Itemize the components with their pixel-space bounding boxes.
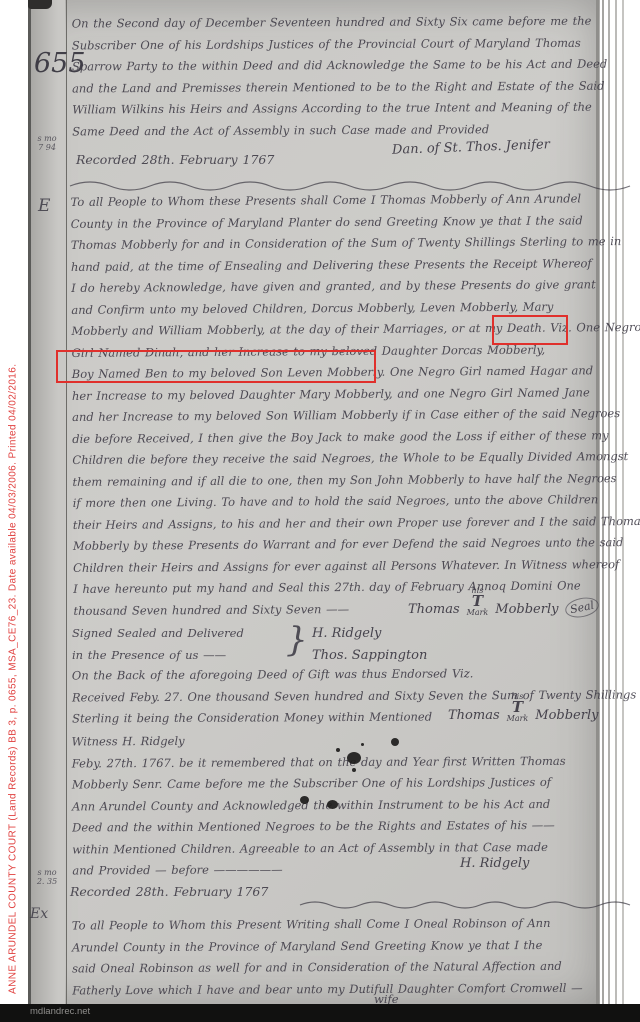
signature-first-name: Thomas <box>448 709 500 723</box>
document-scan-viewport: ANNE ARUNDEL COUNTY COURT (Land Records)… <box>0 0 640 1022</box>
handwritten-line: Deed and the within Mentioned Negroes to… <box>72 815 628 839</box>
margin-rule-line <box>66 0 67 1006</box>
flourish-divider <box>300 898 630 910</box>
ink-blot <box>352 768 356 772</box>
scan-bottom-band <box>0 1004 640 1022</box>
margin-mark: Ex <box>30 906 48 922</box>
entry2-text: To all People to Whom this Present Writi… <box>72 913 628 1002</box>
grantor-signature-block: Thomas his T Mark Mobberly Seal <box>408 586 600 617</box>
ink-blot <box>336 748 340 752</box>
entry1-text: On the Second day of December Seventeen … <box>72 11 629 143</box>
handwritten-line: To all People to Whom this Present Writi… <box>72 913 628 937</box>
ink-blot <box>391 738 399 746</box>
attestation-brace: } <box>286 620 308 660</box>
endorsement-signature-block: Thomas his T Mark Mobberly <box>448 692 598 723</box>
margin-note-value: 2. 35 <box>32 877 62 886</box>
highlight-box-boy-named-ben <box>56 350 376 383</box>
signature-mark-column: his T Mark <box>507 692 529 723</box>
mark-label: Mark <box>467 608 489 617</box>
signature-first-name: Thomas <box>408 603 460 617</box>
handwritten-line: Ann Arundel County and Acknowledged the … <box>72 793 628 817</box>
handwritten-line: On the Back of the aforegoing Deed of Gi… <box>72 663 628 687</box>
mark-label: Mark <box>507 714 529 723</box>
margin-note-value: 7 94 <box>32 143 62 152</box>
seal-scrawl: Seal <box>564 595 601 621</box>
ink-blot <box>361 743 364 746</box>
handwritten-line: Fatherly Love which I have and bear unto… <box>72 977 628 1001</box>
handwritten-line: William Wilkins his Heirs and Assigns Ac… <box>72 97 628 121</box>
ink-blot <box>347 752 361 764</box>
signature-mark-column: his T Mark <box>467 586 489 617</box>
signature-last-name: Mobberly <box>535 709 598 723</box>
deed-text: To all People to Whom these Presents sha… <box>71 188 630 622</box>
handwritten-line: said Oneal Robinson as well for and in C… <box>72 956 628 980</box>
handwritten-line: within Mentioned Children. Agreeable to … <box>72 836 628 860</box>
margin-mark: E <box>38 196 50 216</box>
ink-blot <box>300 796 309 804</box>
mark-glyph: T <box>512 701 523 714</box>
endorsement-recorded: Recorded 28th. February 1767 <box>70 884 268 899</box>
scan-corner-artifact <box>28 0 52 9</box>
endorsement-text-b: Witness H. RidgelyFeby. 27th. 1767. be i… <box>72 729 629 882</box>
signature-last-name: Mobberly <box>495 603 558 617</box>
handwritten-line: Arundel County in the Province of Maryla… <box>72 934 628 958</box>
handwritten-line: and Provided — before —————— <box>72 858 628 882</box>
handwritten-line: Subscriber One of his Lordships Justices… <box>72 32 628 56</box>
handwritten-line: Sparrow Party to the within Deed and did… <box>72 54 628 78</box>
mark-glyph: T <box>472 595 483 608</box>
witness-signature: H. Ridgely <box>312 626 381 641</box>
handwritten-line: and the Land and Premisses therein Menti… <box>72 75 628 99</box>
margin-note-sup: s mo <box>32 134 62 143</box>
margin-note-sup: s mo <box>32 868 62 877</box>
handwritten-line: Witness H. Ridgely <box>72 729 628 753</box>
ink-blot <box>327 800 338 809</box>
site-watermark: mdlandrec.net <box>30 1006 90 1017</box>
scan-white-margin <box>628 0 640 1006</box>
entry1-recorded: Recorded 28th. February 1767 <box>76 152 274 167</box>
highlight-box-one-negro <box>492 315 568 345</box>
handwritten-line: Mobberly Senr. Came before me the Subscr… <box>72 772 628 796</box>
attestation-line2: in the Presence of us —— <box>72 648 226 662</box>
justice-signature: H. Ridgely <box>460 856 529 871</box>
margin-note: s mo 2. 35 <box>32 868 62 886</box>
margin-note: s mo 7 94 <box>32 134 62 152</box>
attestation-line1: Signed Sealed and Delivered <box>72 626 244 640</box>
witness-signature: Thos. Sappington <box>312 648 427 663</box>
archive-citation-vertical-text: ANNE ARUNDEL COUNTY COURT (Land Records)… <box>6 28 20 994</box>
handwritten-line: On the Second day of December Seventeen … <box>72 11 628 35</box>
